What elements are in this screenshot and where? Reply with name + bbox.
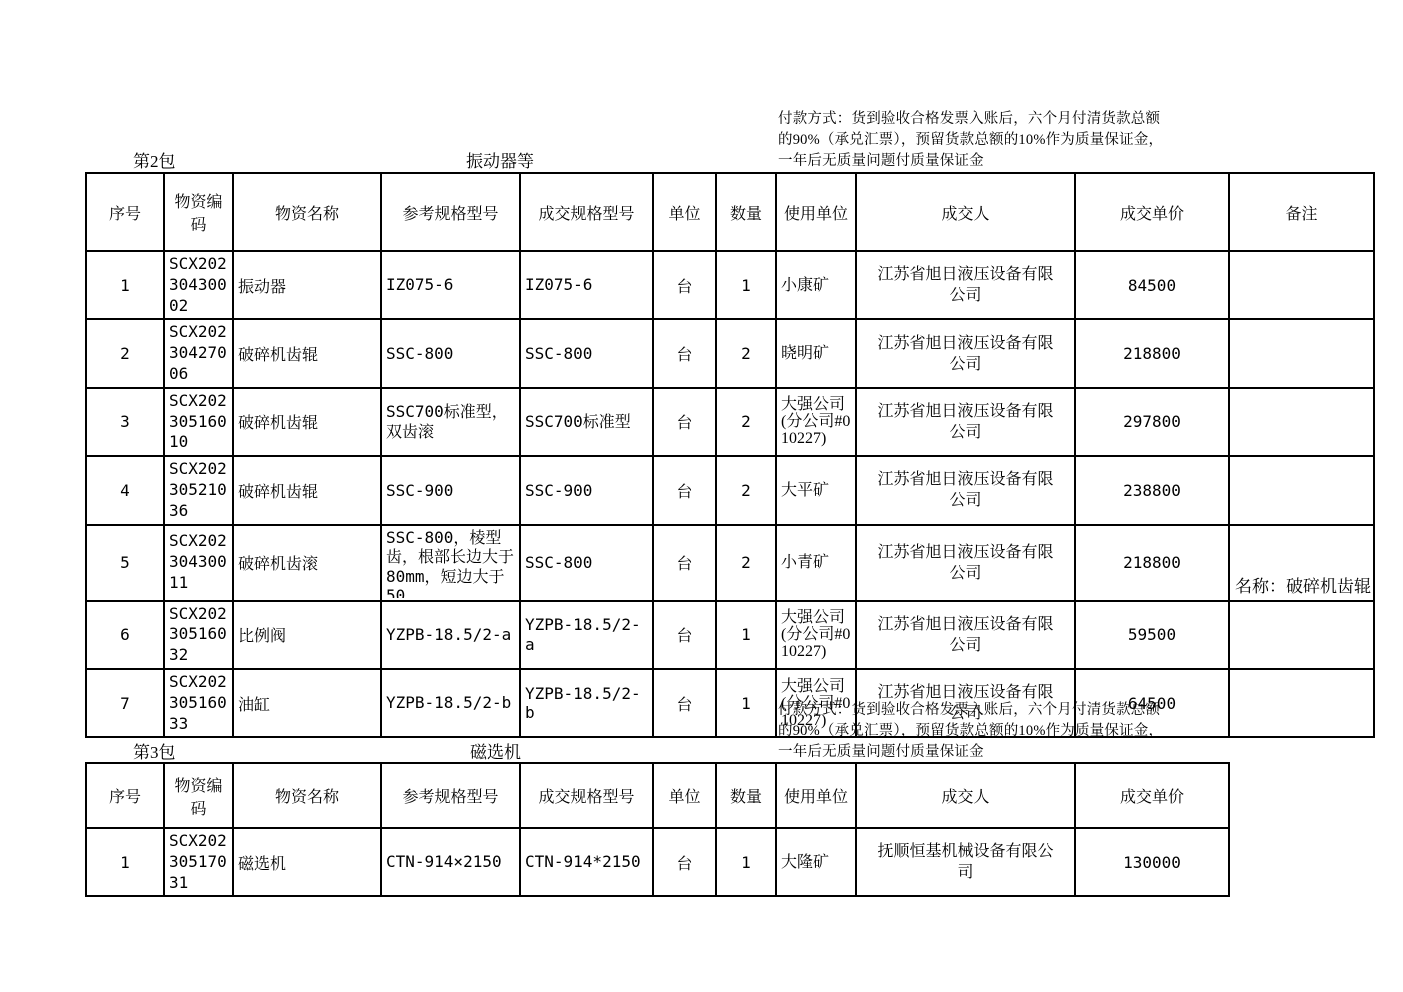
cell-code: SCX20230427006 [164,319,233,387]
cell-remark [1229,456,1374,524]
cell-unit: 台 [653,251,716,319]
cell-user-unit: 大隆矿 [776,828,856,896]
header-ref-spec: 参考规格型号 [381,173,520,251]
cell-ref-spec: CTN-914×2150 [381,828,520,896]
table-row: 2 SCX20230427006 破碎机齿辊 SSC-800 SSC-800 台… [86,319,1374,387]
cell-remark [1229,669,1374,737]
cell-ref-spec: SSC-900 [381,456,520,524]
cell-user-unit: 晓明矿 [776,319,856,387]
cell-name: 油缸 [233,669,381,737]
payment-note-line: 的90%（承兑汇票），预留货款总额的10%作为质量保证金， [778,721,1223,742]
table-row: 4 SCX20230521036 破碎机齿辊 SSC-900 SSC-900 台… [86,456,1374,524]
cell-user-unit: 大强公司(分公司#010227) [776,388,856,456]
cell-price: 59500 [1075,601,1229,669]
header-ref-spec: 参考规格型号 [381,763,520,828]
cell-name: 比例阀 [233,601,381,669]
cell-user-unit: 大平矿 [776,456,856,524]
cell-deal-spec: SSC-800 [520,525,653,601]
payment-note-line: 付款方式：货到验收合格发票入账后，六个月付清货款总额 [778,700,1223,721]
cell-seq: 1 [86,251,164,319]
payment-note-line: 的90%（承兑汇票），预留货款总额的10%作为质量保证金， [778,130,1223,151]
header-code: 物资编码 [164,173,233,251]
package3-label: 第3包 [133,738,176,763]
payment-note-package2: 付款方式：货到验收合格发票入账后，六个月付清货款总额 的90%（承兑汇票），预留… [778,109,1223,172]
cell-seq: 1 [86,828,164,896]
cell-qty: 2 [716,456,776,524]
cell-name: 破碎机齿滚 [233,525,381,601]
cell-seq: 3 [86,388,164,456]
cell-ref-spec: YZPB-18.5/2-b [381,669,520,737]
header-price: 成交单价 [1075,173,1229,251]
cell-unit: 台 [653,601,716,669]
table-row: 6 SCX20230516032 比例阀 YZPB-18.5/2-a YZPB-… [86,601,1374,669]
cell-qty: 1 [716,251,776,319]
cell-user-unit: 小青矿 [776,525,856,601]
cell-unit: 台 [653,669,716,737]
header-winner: 成交人 [856,763,1075,828]
header-winner: 成交人 [856,173,1075,251]
payment-note-line: 一年后无质量问题付质量保证金 [778,151,1223,172]
payment-note-package3: 付款方式：货到验收合格发票入账后，六个月付清货款总额 的90%（承兑汇票），预留… [778,700,1223,763]
cell-winner: 抚顺恒基机械设备有限公司 [856,828,1075,896]
cell-seq: 7 [86,669,164,737]
cell-ref-spec: SSC-800 [381,319,520,387]
cell-name: 破碎机齿辊 [233,456,381,524]
payment-note-line: 付款方式：货到验收合格发票入账后，六个月付清货款总额 [778,109,1223,130]
cell-winner: 江苏省旭日液压设备有限公司 [856,319,1075,387]
cell-winner: 江苏省旭日液压设备有限公司 [856,525,1075,601]
cell-unit: 台 [653,525,716,601]
cell-deal-spec: IZ075-6 [520,251,653,319]
header-unit: 单位 [653,173,716,251]
cell-deal-spec: YZPB-18.5/2-a [520,601,653,669]
table-row: 1 SCX20230430002 振动器 IZ075-6 IZ075-6 台 1… [86,251,1374,319]
cell-price: 130000 [1075,828,1229,896]
cell-deal-spec: SSC700标准型 [520,388,653,456]
table-row: 5 SCX20230430011 破碎机齿滚 SSC-800，棱型齿，根部长边大… [86,525,1374,601]
table-header-row: 序号 物资编码 物资名称 参考规格型号 成交规格型号 单位 数量 使用单位 成交… [86,173,1374,251]
header-seq: 序号 [86,763,164,828]
cell-unit: 台 [653,388,716,456]
package2-title: 振动器等 [466,147,534,172]
cell-price: 238800 [1075,456,1229,524]
cell-code: SCX20230516032 [164,601,233,669]
cell-qty: 1 [716,601,776,669]
cell-remark [1229,251,1374,319]
cell-code: SCX20230430002 [164,251,233,319]
cell-user-unit: 小康矿 [776,251,856,319]
cell-deal-spec: YZPB-18.5/2-b [520,669,653,737]
header-deal-spec: 成交规格型号 [520,763,653,828]
cell-remark [1229,601,1374,669]
cell-unit: 台 [653,319,716,387]
cell-name: 破碎机齿辊 [233,388,381,456]
payment-note-line: 一年后无质量问题付质量保证金 [778,742,1223,763]
cell-seq: 2 [86,319,164,387]
cell-ref-spec: IZ075-6 [381,251,520,319]
cell-remark: 名称：破碎机齿辊 [1229,525,1374,601]
cell-qty: 1 [716,828,776,896]
header-name: 物资名称 [233,763,381,828]
package2-table: 序号 物资编码 物资名称 参考规格型号 成交规格型号 单位 数量 使用单位 成交… [85,172,1375,738]
cell-code: SCX20230516033 [164,669,233,737]
package2-label: 第2包 [133,147,176,172]
table-row: 3 SCX20230516010 破碎机齿辊 SSC700标准型，双齿滚 SSC… [86,388,1374,456]
cell-code: SCX20230521036 [164,456,233,524]
cell-deal-spec: SSC-800 [520,319,653,387]
header-qty: 数量 [716,763,776,828]
cell-ref-spec: SSC-800，棱型齿，根部长边大于80mm，短边大于50 [381,525,520,601]
cell-winner: 江苏省旭日液压设备有限公司 [856,456,1075,524]
package3-table: 序号 物资编码 物资名称 参考规格型号 成交规格型号 单位 数量 使用单位 成交… [85,762,1230,897]
cell-name: 破碎机齿辊 [233,319,381,387]
header-price: 成交单价 [1075,763,1229,828]
header-remark: 备注 [1229,173,1374,251]
header-unit: 单位 [653,763,716,828]
cell-price: 218800 [1075,525,1229,601]
cell-qty: 2 [716,525,776,601]
cell-name: 磁选机 [233,828,381,896]
header-deal-spec: 成交规格型号 [520,173,653,251]
remark-overflow-text: 名称：破碎机齿辊 [1235,572,1371,597]
cell-remark [1229,319,1374,387]
header-user-unit: 使用单位 [776,173,856,251]
cell-code: SCX20230430011 [164,525,233,601]
cell-unit: 台 [653,456,716,524]
cell-qty: 2 [716,319,776,387]
cell-code: SCX20230516010 [164,388,233,456]
cell-remark [1229,388,1374,456]
header-qty: 数量 [716,173,776,251]
header-seq: 序号 [86,173,164,251]
table-header-row: 序号 物资编码 物资名称 参考规格型号 成交规格型号 单位 数量 使用单位 成交… [86,763,1229,828]
package3-title: 磁选机 [470,738,521,763]
cell-price: 84500 [1075,251,1229,319]
cell-user-unit: 大强公司(分公司#010227) [776,601,856,669]
cell-seq: 6 [86,601,164,669]
cell-winner: 江苏省旭日液压设备有限公司 [856,251,1075,319]
cell-winner: 江苏省旭日液压设备有限公司 [856,601,1075,669]
cell-seq: 4 [86,456,164,524]
cell-seq: 5 [86,525,164,601]
table-row: 1 SCX20230517031 磁选机 CTN-914×2150 CTN-91… [86,828,1229,896]
cell-price: 218800 [1075,319,1229,387]
cell-code: SCX20230517031 [164,828,233,896]
cell-name: 振动器 [233,251,381,319]
cell-winner: 江苏省旭日液压设备有限公司 [856,388,1075,456]
cell-deal-spec: SSC-900 [520,456,653,524]
header-code: 物资编码 [164,763,233,828]
header-user-unit: 使用单位 [776,763,856,828]
cell-unit: 台 [653,828,716,896]
cell-price: 297800 [1075,388,1229,456]
cell-qty: 1 [716,669,776,737]
cell-deal-spec: CTN-914*2150 [520,828,653,896]
cell-ref-spec: SSC700标准型，双齿滚 [381,388,520,456]
cell-qty: 2 [716,388,776,456]
cell-ref-spec: YZPB-18.5/2-a [381,601,520,669]
header-name: 物资名称 [233,173,381,251]
